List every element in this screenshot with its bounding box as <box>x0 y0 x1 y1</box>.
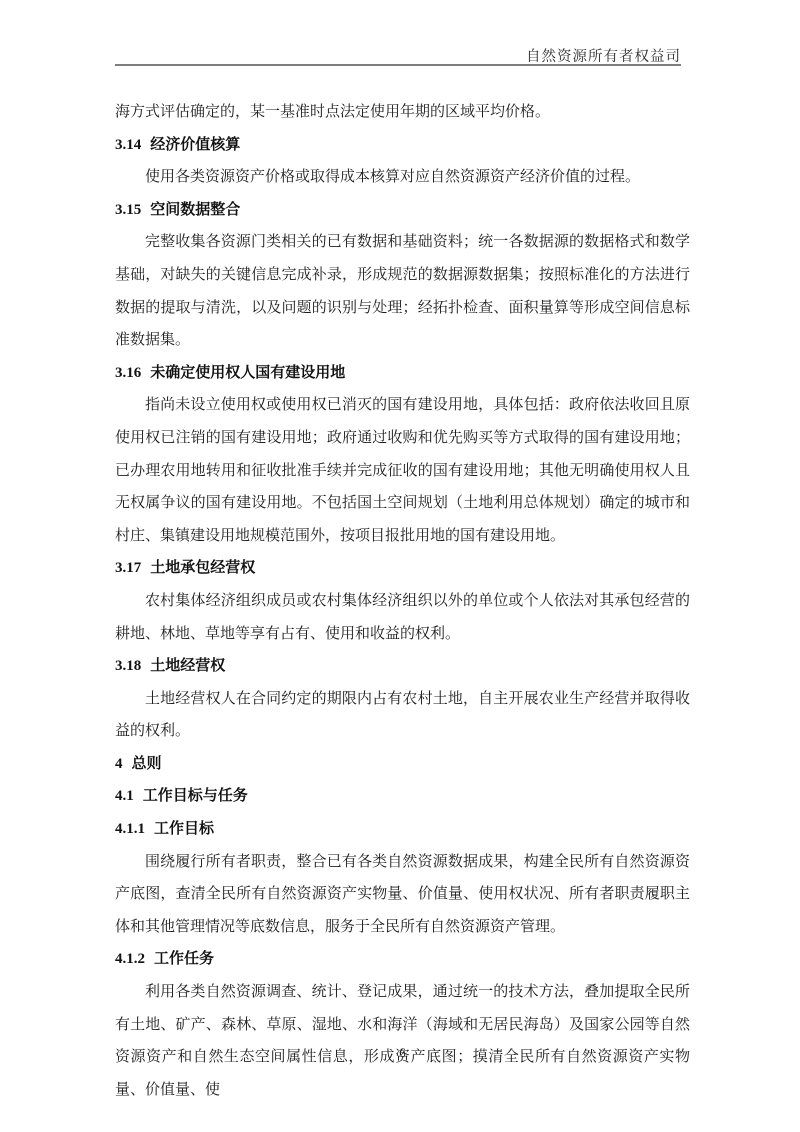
section-number: 3.17 <box>115 560 141 576</box>
page-header: 自然资源所有者权益司 <box>115 45 681 66</box>
section-number: 3.14 <box>115 137 141 153</box>
paragraph: 指尚未设立使用权或使用权已消灭的国有建设用地，具体包括：政府依法收回且原使用权已… <box>115 389 690 552</box>
section-title: 工作目标与任务 <box>143 787 248 804</box>
section-title: 工作目标 <box>154 820 214 837</box>
paragraph: 海方式评估确定的，某一基准时点法定使用年期的区域平均价格。 <box>115 96 690 129</box>
paragraph: 完整收集各资源门类相关的已有数据和基础资料；统一各数据源的数据格式和数学基础，对… <box>115 226 690 356</box>
section-title: 总则 <box>132 755 162 772</box>
section-number: 3.16 <box>115 365 141 381</box>
section-heading: 4.1.1工作目标 <box>115 813 690 846</box>
paragraph: 围绕履行所有者职责，整合已有各类自然资源数据成果，构建全民所有自然资源资产底图，… <box>115 846 690 944</box>
document-body: 海方式评估确定的，某一基准时点法定使用年期的区域平均价格。3.14经济价值核算使… <box>115 96 690 1106</box>
section-number: 4.1.2 <box>115 951 145 967</box>
paragraph: 农村集体经济组织成员或农村集体经济组织以外的单位或个人依法对其承包经营的耕地、林… <box>115 585 690 650</box>
header-department-name: 自然资源所有者权益司 <box>526 49 681 65</box>
section-title: 工作任务 <box>154 950 214 967</box>
page-number: 6 <box>399 1045 406 1060</box>
section-heading: 4.1.2工作任务 <box>115 943 690 976</box>
section-heading: 3.15空间数据整合 <box>115 194 690 227</box>
section-heading: 4总则 <box>115 748 690 781</box>
section-title: 未确定使用权人国有建设用地 <box>150 364 345 381</box>
paragraph: 土地经营权人在合同约定的期限内占有农村土地，自主开展农业生产经营并取得收益的权利… <box>115 683 690 748</box>
section-heading: 3.14经济价值核算 <box>115 129 690 162</box>
header-rule <box>115 64 681 66</box>
section-heading: 4.1工作目标与任务 <box>115 780 690 813</box>
section-number: 3.15 <box>115 202 141 218</box>
section-heading: 3.18土地经营权 <box>115 650 690 683</box>
paragraph: 使用各类资源资产价格或取得成本核算对应自然资源资产经济价值的过程。 <box>115 161 690 194</box>
section-number: 4.1.1 <box>115 821 145 837</box>
section-number: 3.18 <box>115 658 141 674</box>
paragraph: 利用各类自然资源调查、统计、登记成果，通过统一的技术方法，叠加提取全民所有土地、… <box>115 976 690 1106</box>
section-number: 4.1 <box>115 788 134 804</box>
section-heading: 3.16未确定使用权人国有建设用地 <box>115 357 690 390</box>
page-footer: 6 <box>115 1045 690 1061</box>
section-title: 经济价值核算 <box>150 136 240 153</box>
section-heading: 3.17土地承包经营权 <box>115 552 690 585</box>
section-title: 空间数据整合 <box>150 201 240 218</box>
section-title: 土地经营权 <box>150 657 225 674</box>
section-title: 土地承包经营权 <box>150 559 255 576</box>
section-number: 4 <box>115 756 123 772</box>
